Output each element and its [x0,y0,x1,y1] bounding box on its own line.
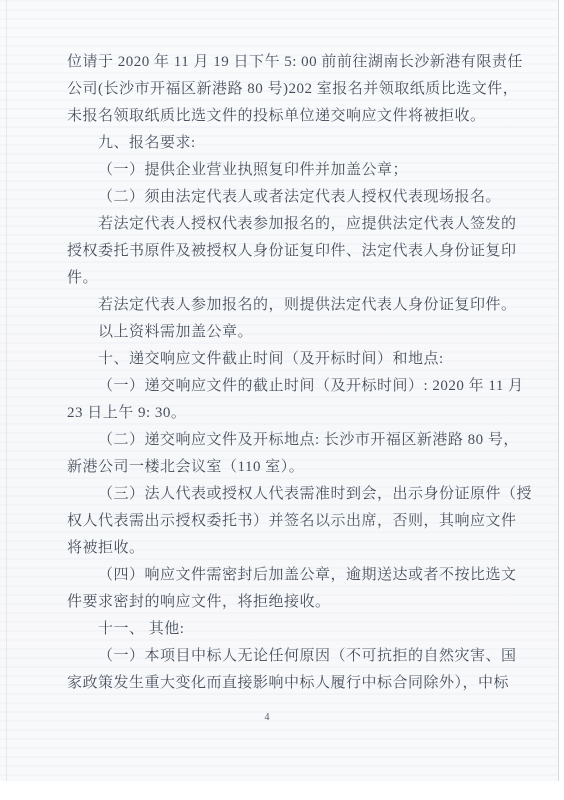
document-line: 授权委托书原件及被授权人身份证复印件、法定代表人身份证复印 [67,238,503,265]
document-line: 位请于 2020 年 11 月 19 日下午 5: 00 前前往湖南长沙新港有限… [67,49,503,76]
document-line: 23 日上午 9: 30。 [67,400,503,427]
document-line: （三）法人代表或授权人代表需准时到会，出示身份证原件（授 [67,481,503,508]
page-number: 4 [0,711,534,725]
document-line: 将被拒收。 [67,535,503,562]
document-line: 权人代表需出示授权委托书）并签名以示出席，否则，其响应文件 [67,508,503,535]
document-line: 十一、 其他: [67,616,503,643]
document-line: 若法定代表人授权代表参加报名的，应提供法定代表人签发的 [67,211,503,238]
document-line: 未报名领取纸质比选文件的投标单位递交响应文件将被拒收。 [67,103,503,130]
document-line: 若法定代表人参加报名的，则提供法定代表人身份证复印件。 [67,292,503,319]
document-line: 九、报名要求: [67,130,503,157]
document-line: （一）本项目中标人无论任何原因（不可抗拒的自然灾害、国 [67,643,503,670]
document-line: （二）递交响应文件及开标地点: 长沙市开福区新港路 80 号， [67,427,503,454]
document-page: 位请于 2020 年 11 月 19 日下午 5: 00 前前往湖南长沙新港有限… [0,0,559,781]
document-line: 以上资料需加盖公章。 [67,319,503,346]
document-line: 公司(长沙市开福区新港路 80 号)202 室报名并领取纸质比选文件， [67,76,503,103]
document-line: （一）提供企业营业执照复印件并加盖公章； [67,157,503,184]
document-line: 家政策发生重大变化而直接影响中标人履行中标合同除外），中标 [67,670,503,697]
document-line: （二）须由法定代表人或者法定代表人授权代表现场报名。 [67,184,503,211]
document-line: 件。 [67,265,503,292]
document-line: 新港公司一楼北会议室（110 室）。 [67,454,503,481]
document-line: （一）递交响应文件的截止时间（及开标时间）: 2020 年 11 月 [67,373,503,400]
document-line: 十、递交响应文件截止时间（及开标时间）和地点: [67,346,503,373]
document-line: （四）响应文件需密封后加盖公章，逾期送达或者不按比选文 [67,562,503,589]
document-body: 位请于 2020 年 11 月 19 日下午 5: 00 前前往湖南长沙新港有限… [67,49,503,697]
document-line: 件要求密封的响应文件，将拒绝接收。 [67,589,503,616]
